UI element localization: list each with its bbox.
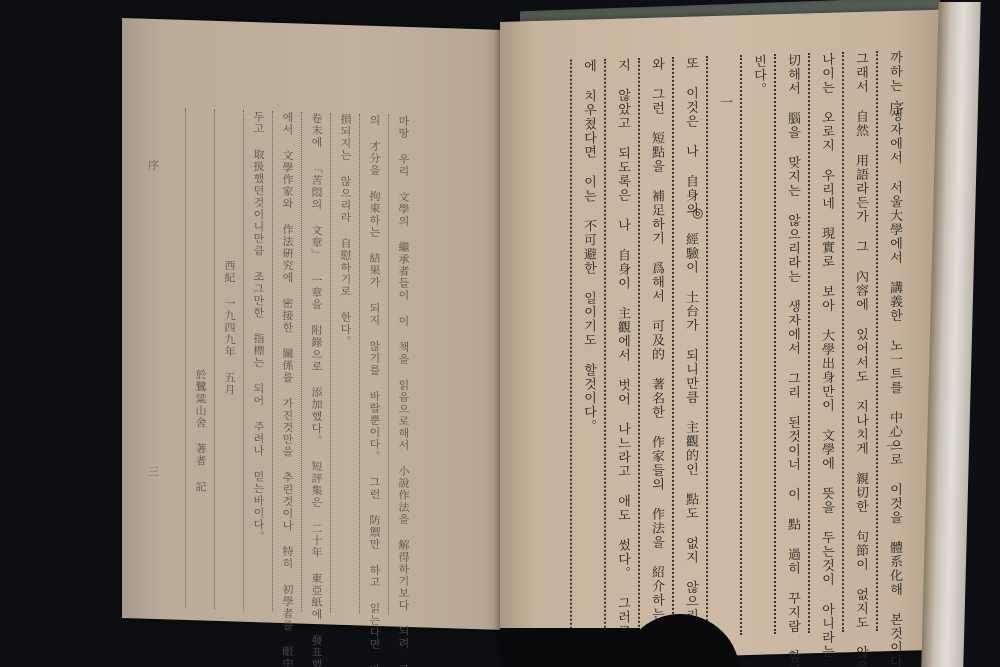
text-column: 와 그런 短點을 補足하기 爲해서 可及的 著名한 作家들의 作法을 紹介하는데… [638,57,672,638]
text-column: 에서 文學作家와 作法硏究에 密接한 關係를 가진것만을 추린것이나 特히 初學… [272,111,301,612]
text-column: 빈다。 [740,54,774,635]
text-column: 卷末에 「苦悶의 文章」 一章을 附錄으로 添加했다。 短評集은 二十年 東亞紙… [301,112,330,613]
text-column: 두고 取扱했던것이니만큼 조그만한 指標는 되어 주려나 믿는바이다。 [243,110,272,611]
text-column: 까하는 생자에서 서울大學에서 講義한 노一트를 中心으로 이것을 體系化해 본… [876,50,910,631]
book-photo-scene: 序 三 마땅 우리 文學의 繼承者들이 이 책을 읽음으로해서 小說作法을 解得… [0,0,1000,667]
text-column: 나이는 오로지 우리네 現實로 보아 大學出身만이 文學에 뜻을 두는것이 아니… [808,52,842,633]
section-divider: 一 [706,55,740,636]
text-column: 또 이것은 나 自身의 經驗이 土台가 되니만큼 主觀的인 點도 없지 않으리라… [672,56,706,637]
signature-line: 於鷺粱山舍 著者 記 [185,108,214,609]
text-column: 切해서 腦을 맞지는 않으리라는 생자에서 그리 된것이너 이 點 過히 꾸지람… [774,53,808,634]
text-column: 에 치우쳤다면 이는 不可避한 일이기도 할것이다。 [570,59,604,640]
section-mark: ◎ [692,206,703,221]
right-page-text: 까하는 생자에서 서울大學에서 講義한 노一트를 中心으로 이것을 體系化해 본… [570,50,910,639]
text-column: 損되지는 않으리라 自慰하기로 한다。 [330,113,359,614]
left-page-header: 序 [148,157,159,173]
left-page-number: 三 [148,463,159,479]
left-page-text: 마땅 우리 文學의 繼承者들이 이 책을 읽음으로해서 小說作法을 解得하기보다… [185,108,417,615]
gloved-hand [500,628,640,667]
text-column: 지 않았고 되도록은 나 自身이 主觀에서 벗어 나느라고 애도 썼다。 그러고… [604,58,638,639]
date-line: 西紀 一九四九年 五月 [214,109,243,610]
text-column: 마땅 우리 文學의 繼承者들이 이 책을 읽음으로해서 小說作法을 解得하기보다… [388,115,417,616]
text-column: 의 才分을 拘束하는 結果가 되지 않기를 바랄뿐이다。 그런 防禦만 하고 읽… [359,114,388,615]
text-column: 그래서 自然 用語라든가 그 內容에 있어서도 지나치게 親切한 句節이 없지도… [842,51,876,632]
